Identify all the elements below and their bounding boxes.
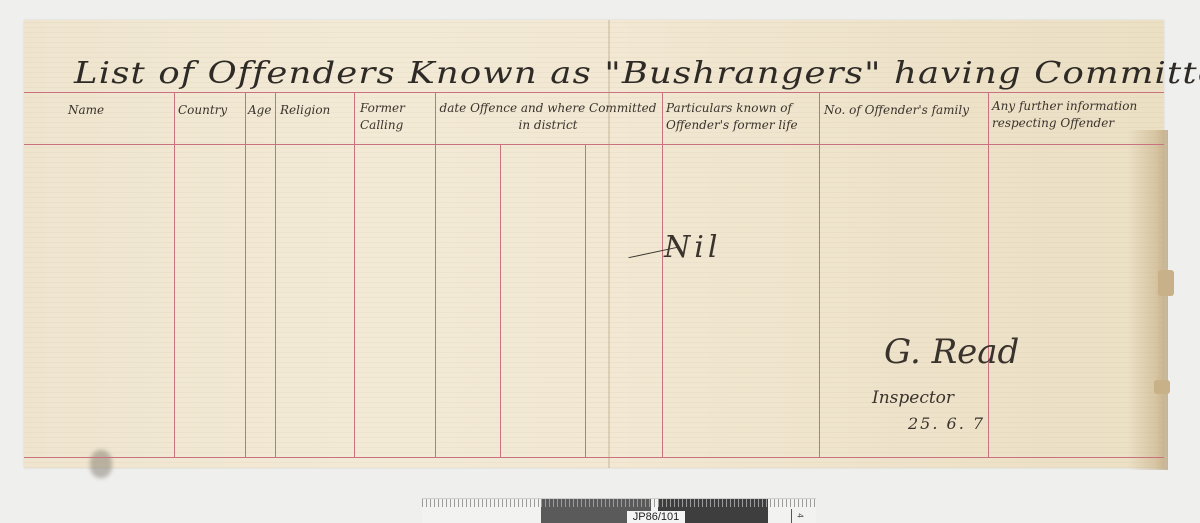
header-former-calling: Former Calling [360,100,430,134]
col-divider [662,92,663,457]
entry-nil: Nil [664,230,721,265]
signature-name: G. Read [884,332,1019,372]
header-family: No. of Offender's family [824,102,969,119]
col-divider [275,92,276,457]
ink-smudge [90,450,112,478]
header-particulars: Particulars known of Offender's former l… [666,100,816,134]
edge-stain [1128,130,1168,470]
col-divider [245,92,246,457]
header-religion: Religion [280,102,330,119]
col-divider [988,92,989,457]
header-name: Name [68,102,104,119]
col-divider [174,92,175,457]
col-divider [819,92,820,457]
header-age: Age [248,102,271,119]
catalog-label: JP86/101 [627,511,685,523]
col-divider [435,92,436,457]
torn-edge [1158,270,1174,296]
header-date-offence: date Offence and where Committed in dist… [438,100,658,134]
document-title: List of Offenders Known as "Bushrangers"… [74,56,1200,91]
col-divider [585,144,586,457]
header-further-info: Any further information respecting Offen… [992,98,1160,132]
col-divider [500,144,501,457]
signature-date: 25. 6. 7 [908,414,985,433]
rule-header-bottom [24,144,1164,145]
document-page: List of Offenders Known as "Bushrangers"… [24,20,1164,468]
ruler-number: 4 [796,513,805,517]
col-divider [354,92,355,457]
ruler-mark [791,509,792,523]
signature-title: Inspector [872,388,954,408]
scale-ruler: JP86/101 4 [422,498,816,523]
torn-edge [1154,380,1170,394]
rule-top [24,92,1164,93]
header-country: Country [178,102,227,119]
rule-bottom [24,457,1164,458]
